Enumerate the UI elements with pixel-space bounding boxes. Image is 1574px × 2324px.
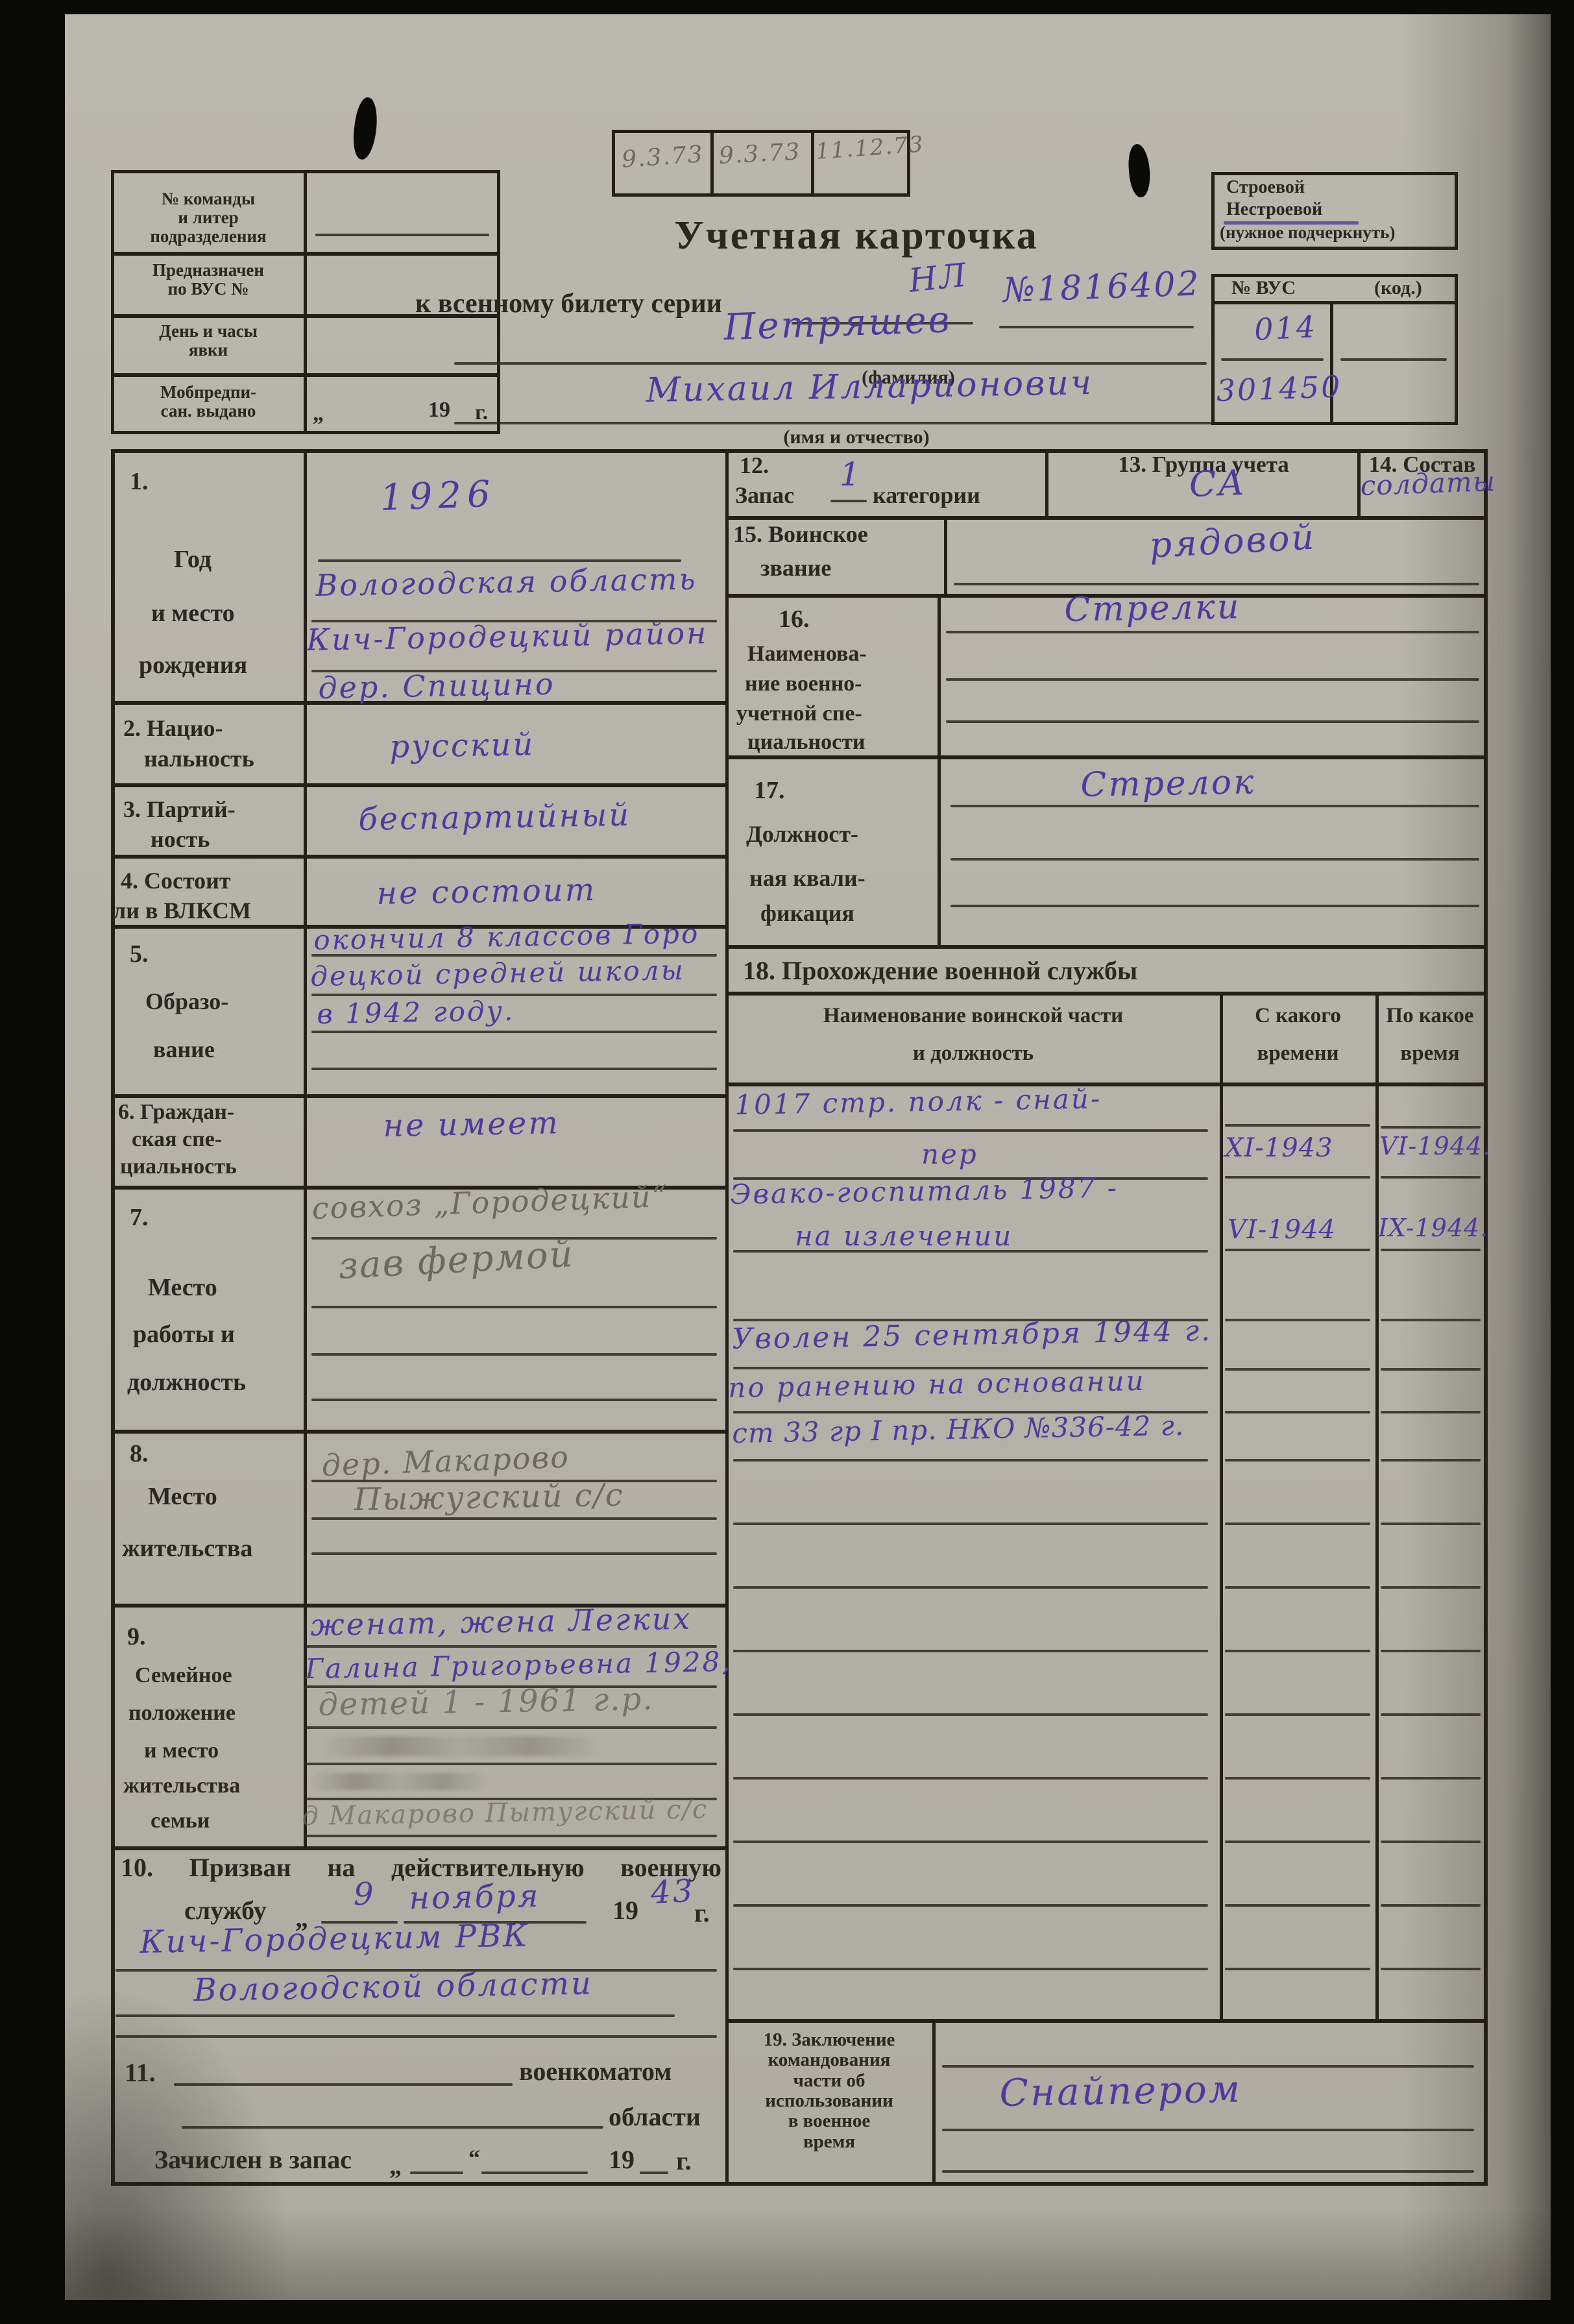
ticket-number-rule bbox=[999, 326, 1194, 328]
s8-rule-2 bbox=[311, 1517, 717, 1520]
s19-rule-2 bbox=[942, 2129, 1474, 2131]
divider-s19 bbox=[932, 2019, 936, 2182]
s1-rule-1 bbox=[318, 559, 681, 562]
s17-qualification-value: Стрелок bbox=[1080, 764, 1256, 803]
s18-empty-rule bbox=[733, 1586, 1208, 1589]
s17-number: 17. bbox=[754, 777, 785, 804]
s18-row1-rule-a bbox=[733, 1129, 1208, 1132]
s18-row1-rule-f bbox=[1381, 1176, 1481, 1179]
s18-row3-rule-h bbox=[1225, 1459, 1370, 1462]
reserve-close-quote: “ bbox=[468, 2146, 480, 2171]
s4-vlksm-value: не состоит bbox=[376, 874, 597, 911]
left-border-s7 bbox=[111, 1430, 725, 1434]
corner-row1-rule bbox=[315, 234, 489, 236]
s5-education-line1: окончил 8 классов Горо bbox=[313, 919, 700, 955]
s18-empty-rule bbox=[1381, 1586, 1481, 1589]
s18-gap-rule-c bbox=[1381, 1319, 1481, 1321]
s18-row3-rule-g bbox=[733, 1459, 1208, 1462]
table18-bottom-border bbox=[725, 2019, 1486, 2023]
s18-row2-rule-a bbox=[733, 1250, 1208, 1253]
reserve-rule-3 bbox=[640, 2171, 668, 2174]
s2-label-2: нальность bbox=[144, 746, 254, 772]
s11-rule-2 bbox=[182, 2126, 603, 2129]
s18-row1-rule-b bbox=[1225, 1124, 1370, 1127]
right-border-r17 bbox=[725, 945, 1486, 949]
s16-label-4: циальности bbox=[747, 731, 866, 755]
s10-day-value: 9 bbox=[354, 1878, 376, 1912]
vus-header-left: № ВУС bbox=[1231, 278, 1296, 299]
s18-row3-rule-e bbox=[1225, 1411, 1370, 1413]
s3-party-value: беспартийный bbox=[358, 799, 631, 837]
s9-family-line2: Галина Григорьевна 1928, bbox=[305, 1647, 733, 1684]
s18-empty-rule bbox=[1381, 1841, 1481, 1843]
s18-row2-rule-c bbox=[1381, 1249, 1481, 1251]
s8-number: 8. bbox=[130, 1441, 149, 1467]
left-label-divider bbox=[304, 449, 307, 1846]
divider-12-13 bbox=[1045, 449, 1048, 516]
s9-label-1: Семейное bbox=[135, 1664, 232, 1688]
s6-label-2: ская спе- bbox=[132, 1128, 222, 1152]
corner-row2-label: Предназначен по ВУС № bbox=[117, 261, 300, 299]
s17-label-2: ная квали- bbox=[749, 866, 866, 891]
s18-row2-rule-b bbox=[1225, 1249, 1370, 1251]
vus-header-right: (код.) bbox=[1374, 278, 1422, 299]
s10-month-value: ноября bbox=[409, 1879, 540, 1915]
divider-s15 bbox=[944, 516, 947, 594]
s18-empty-rule bbox=[1381, 1968, 1481, 1970]
table18-col-divider-2 bbox=[1375, 992, 1379, 2019]
s18-row1-rule-c bbox=[1381, 1126, 1481, 1129]
left-border-s2 bbox=[111, 783, 725, 787]
date-stamp-cell2: 9.3.73 bbox=[718, 140, 801, 169]
vus-left-midrule bbox=[1221, 358, 1324, 361]
stroevoy-line3: (нужное подчеркнуть) bbox=[1220, 223, 1395, 242]
s16-rule-2 bbox=[946, 678, 1479, 681]
s1-birth-village: дер. Спицино bbox=[318, 668, 555, 705]
s18-row1-to: VI-1944. bbox=[1379, 1133, 1491, 1160]
s18-col2-header: С какого времени bbox=[1225, 1005, 1371, 1065]
name-rule bbox=[454, 422, 1213, 424]
reserve-open-quote: „ bbox=[389, 2153, 402, 2180]
s18-row1-unit-line2: пер bbox=[921, 1140, 978, 1169]
s18-row2-unit-line2: на излечении bbox=[795, 1221, 1013, 1251]
s9-label-5: семьи bbox=[151, 1809, 210, 1833]
s8-rule-3 bbox=[311, 1552, 717, 1555]
s18-row2-to: IX-1944. bbox=[1378, 1215, 1488, 1242]
s7-rule-3 bbox=[311, 1353, 717, 1356]
s6-civil-specialty-value: не имеет bbox=[383, 1107, 560, 1144]
s12-label-2: категории bbox=[873, 483, 980, 508]
s7-rule-4 bbox=[311, 1399, 717, 1401]
s1-number: 1. bbox=[130, 469, 149, 495]
left-border-s9 bbox=[111, 1846, 725, 1850]
corner-row4-label: Мобпредпи- сан. выдано bbox=[117, 383, 300, 421]
s16-label-2: ние военно- bbox=[745, 672, 862, 696]
s10-year-print: 19 bbox=[612, 1896, 638, 1924]
s15-rank-value: рядовой bbox=[1148, 519, 1316, 565]
s9-rule-6 bbox=[305, 1835, 717, 1837]
s10-service-word: службу bbox=[184, 1896, 267, 1924]
s18-empty-rule bbox=[1381, 1904, 1481, 1907]
s15-label-2: звание bbox=[760, 556, 831, 581]
s13-value: СА bbox=[1189, 464, 1247, 504]
s16-rule-1 bbox=[946, 631, 1479, 633]
s7-label-3: должность bbox=[127, 1369, 246, 1396]
stroevoy-line1: Строевой bbox=[1226, 178, 1305, 197]
pencil-smudge-1 bbox=[321, 1737, 600, 1756]
s5-number: 5. bbox=[130, 941, 149, 968]
pencil-smudge-2 bbox=[311, 1773, 487, 1790]
s7-rule-2 bbox=[311, 1306, 717, 1308]
s9-number: 9. bbox=[127, 1624, 146, 1650]
s15-label-1: 15. Воинское bbox=[733, 522, 868, 547]
corner-row4-year: 19 bbox=[428, 398, 450, 422]
divider-s17 bbox=[938, 755, 941, 945]
left-border-s3 bbox=[111, 855, 725, 859]
s11-word1: военкоматом bbox=[519, 2057, 672, 2085]
s16-number: 16. bbox=[779, 606, 810, 633]
corner-row4-quote: „ bbox=[313, 402, 324, 426]
s1-birth-district: Кич-Городецкий район bbox=[306, 617, 708, 656]
s18-empty-rule bbox=[1225, 1841, 1370, 1843]
s18-row3-rule-b bbox=[1225, 1368, 1370, 1371]
s18-row2-unit-line1: Эвако-госпиталь 1987 - bbox=[730, 1173, 1119, 1210]
s18-empty-rule bbox=[733, 1904, 1208, 1907]
s16-label-3: учетной спе- bbox=[736, 702, 862, 726]
s8-residence-line2: Пыжугский с/с bbox=[354, 1479, 624, 1517]
s12-label-1: Запас bbox=[735, 483, 794, 508]
s18-empty-rule bbox=[1381, 1650, 1481, 1652]
name-caption: (имя и отчество) bbox=[714, 427, 999, 448]
s18-row3-line2: по ранению на основании bbox=[728, 1366, 1146, 1403]
s6-label-1: 6. Граждан- bbox=[118, 1101, 234, 1125]
right-border-r16 bbox=[725, 755, 1486, 759]
table18-header-border bbox=[725, 1082, 1486, 1086]
s10-rule-4 bbox=[115, 2035, 717, 2038]
date-stamp-divider2 bbox=[811, 130, 814, 197]
s19-rule-3 bbox=[942, 2170, 1474, 2173]
reserve-g: г. bbox=[676, 2147, 692, 2175]
date-stamp-divider1 bbox=[710, 130, 714, 197]
s12-category-hw: 1 bbox=[840, 457, 862, 492]
reserve-enrolled-label: Зачислен в запас bbox=[154, 2146, 352, 2173]
reserve-year: 19 bbox=[609, 2146, 635, 2173]
s7-number: 7. bbox=[130, 1205, 149, 1231]
vus-right-midrule bbox=[1340, 358, 1447, 361]
s18-empty-rule bbox=[733, 1713, 1208, 1716]
s5-label-2: вание bbox=[153, 1037, 215, 1062]
vus-header-line bbox=[1211, 301, 1458, 304]
s18-empty-rule bbox=[1225, 1904, 1370, 1907]
s3-label-2: ность bbox=[151, 827, 210, 852]
vus-value-bottom: 301450 bbox=[1216, 371, 1342, 407]
s2-label-1: 2. Нацио- bbox=[123, 716, 223, 741]
s1-label-3: рождения bbox=[139, 652, 247, 679]
s18-empty-rule bbox=[733, 1777, 1208, 1780]
s9-children-note: детей 1 - 1961 г.р. bbox=[318, 1683, 654, 1722]
s15-rule bbox=[954, 583, 1479, 585]
s18-row1-from: XI-1943 bbox=[1225, 1134, 1333, 1162]
s18-row3-rule-f bbox=[1381, 1411, 1481, 1413]
s18-gap-rule-b bbox=[1225, 1319, 1370, 1321]
s8-label-2: жительства bbox=[122, 1535, 252, 1562]
central-divider bbox=[725, 449, 729, 2186]
s18-empty-rule bbox=[733, 1650, 1208, 1652]
corner-box-divider bbox=[304, 170, 307, 434]
s2-nationality-value: русский bbox=[389, 728, 535, 764]
table18-top-border bbox=[725, 992, 1486, 996]
s8-label-1: Место bbox=[148, 1484, 217, 1510]
s10-rule-3 bbox=[115, 2014, 675, 2017]
s18-empty-rule bbox=[733, 1968, 1208, 1970]
s7-label-1: Место bbox=[148, 1275, 217, 1301]
page-title: Учетная карточка bbox=[610, 214, 1103, 258]
s1-birth-region: Вологодская область bbox=[315, 563, 697, 602]
corner-box-line3 bbox=[111, 373, 500, 377]
registration-card-scan: № команды и литер подразделения Предназн… bbox=[0, 0, 1574, 2324]
right-border-r12 bbox=[725, 516, 1486, 520]
s5-education-line2: децкой средней школы bbox=[310, 955, 685, 991]
corner-row3-label: День и часы явки bbox=[117, 322, 300, 360]
s9-label-3: и место bbox=[144, 1739, 219, 1763]
s9-label-2: положение bbox=[128, 1702, 236, 1726]
s18-row3-rule-i bbox=[1381, 1459, 1481, 1462]
s18-row2-from: VI-1944 bbox=[1228, 1216, 1336, 1244]
s4-label-2: ли в ВЛКСМ bbox=[113, 898, 251, 923]
reserve-rule-2 bbox=[481, 2171, 588, 2174]
s18-empty-rule bbox=[1381, 1777, 1481, 1780]
s12-number: 12. bbox=[740, 453, 769, 478]
s1-birth-year: 1926 bbox=[380, 475, 497, 519]
s18-row1-unit-line1: 1017 стр. полк - снай- bbox=[734, 1084, 1102, 1119]
s18-empty-rule bbox=[1225, 1968, 1370, 1970]
s1-label-1: Год bbox=[174, 546, 212, 573]
s4-label-1: 4. Состоит bbox=[121, 868, 231, 894]
corner-row1-label: № команды и литер подразделения bbox=[117, 190, 300, 246]
s17-label-3: фикация bbox=[760, 901, 854, 926]
divider-s16 bbox=[938, 594, 941, 755]
s19-label: 19. Заключение командования части об исп… bbox=[732, 2030, 926, 2152]
s18-row1-rule-e bbox=[1225, 1176, 1370, 1179]
s9-rule-3 bbox=[305, 1726, 717, 1729]
series-value: НЛ bbox=[907, 257, 969, 298]
s19-wartime-use-value: Снайпером bbox=[999, 2068, 1242, 2113]
s18-empty-rule bbox=[1381, 1713, 1481, 1716]
stroevoy-line2: Нестроевой bbox=[1226, 200, 1322, 219]
s10-year-hw: 43 bbox=[650, 1874, 696, 1910]
s18-empty-rule bbox=[1225, 1586, 1370, 1589]
vus-grid-divider bbox=[1330, 301, 1333, 425]
reserve-rule-1 bbox=[410, 2171, 463, 2174]
s1-label-2: и место bbox=[151, 600, 235, 627]
s9-rule-4 bbox=[305, 1763, 717, 1765]
s5-rule-3 bbox=[311, 1031, 717, 1033]
s10-oblast-value: Вологодской области bbox=[193, 1967, 593, 2008]
s17-label-1: Должност- bbox=[746, 822, 858, 847]
s18-row3-rule-c bbox=[1381, 1368, 1481, 1371]
s16-rule-3 bbox=[946, 720, 1479, 723]
s16-label-1: Наименова- bbox=[747, 642, 867, 667]
s18-empty-rule bbox=[1381, 1523, 1481, 1525]
s18-empty-rule bbox=[1225, 1713, 1370, 1716]
s11-word2: области bbox=[609, 2103, 701, 2131]
s18-empty-rule bbox=[1225, 1650, 1370, 1652]
s10-year-g: г. bbox=[694, 1899, 710, 1927]
s11-number: 11. bbox=[125, 2059, 156, 2086]
s5-label-1: Образо- bbox=[145, 989, 228, 1014]
s18-title: 18. Прохождение военной службы bbox=[743, 957, 1137, 985]
s18-empty-rule bbox=[1225, 1523, 1370, 1525]
s18-empty-rule bbox=[1225, 1777, 1370, 1780]
s16-specialty-value: Стрелки bbox=[1064, 589, 1241, 628]
vus-value-top: 014 bbox=[1253, 311, 1318, 347]
s18-col3-header: По какое время bbox=[1378, 1005, 1482, 1065]
s3-label-1: 3. Партий- bbox=[123, 797, 236, 822]
s7-label-2: работы и bbox=[133, 1321, 235, 1348]
corner-box-line1 bbox=[111, 252, 500, 256]
s5-rule-4 bbox=[311, 1068, 717, 1070]
s18-col1-header: Наименование воинской части и должность bbox=[733, 1005, 1213, 1065]
s10-rvk-value: Кич-Городецким РВК bbox=[139, 1920, 529, 1960]
s12-category-rule bbox=[830, 500, 867, 502]
ticket-number-value: №1816402 bbox=[1002, 265, 1202, 309]
s6-label-3: циальность bbox=[120, 1155, 237, 1179]
s5-education-line3: в 1942 году. bbox=[317, 996, 515, 1029]
table18-col-divider-1 bbox=[1220, 992, 1223, 2019]
s14-value: солдаты bbox=[1360, 467, 1496, 501]
s17-rule-3 bbox=[950, 905, 1479, 907]
s10-intro: 10. Призван на действительную военную bbox=[121, 1853, 721, 1881]
left-border-s5 bbox=[111, 1094, 725, 1098]
s17-rule-2 bbox=[950, 858, 1479, 861]
s17-rule-1 bbox=[950, 805, 1479, 807]
s18-empty-rule bbox=[733, 1523, 1208, 1525]
s9-family-line1: женат, жена Легких bbox=[310, 1603, 692, 1642]
s11-rule-1 bbox=[174, 2083, 513, 2086]
s18-empty-rule bbox=[733, 1841, 1208, 1843]
s9-label-4: жительства bbox=[123, 1774, 240, 1798]
